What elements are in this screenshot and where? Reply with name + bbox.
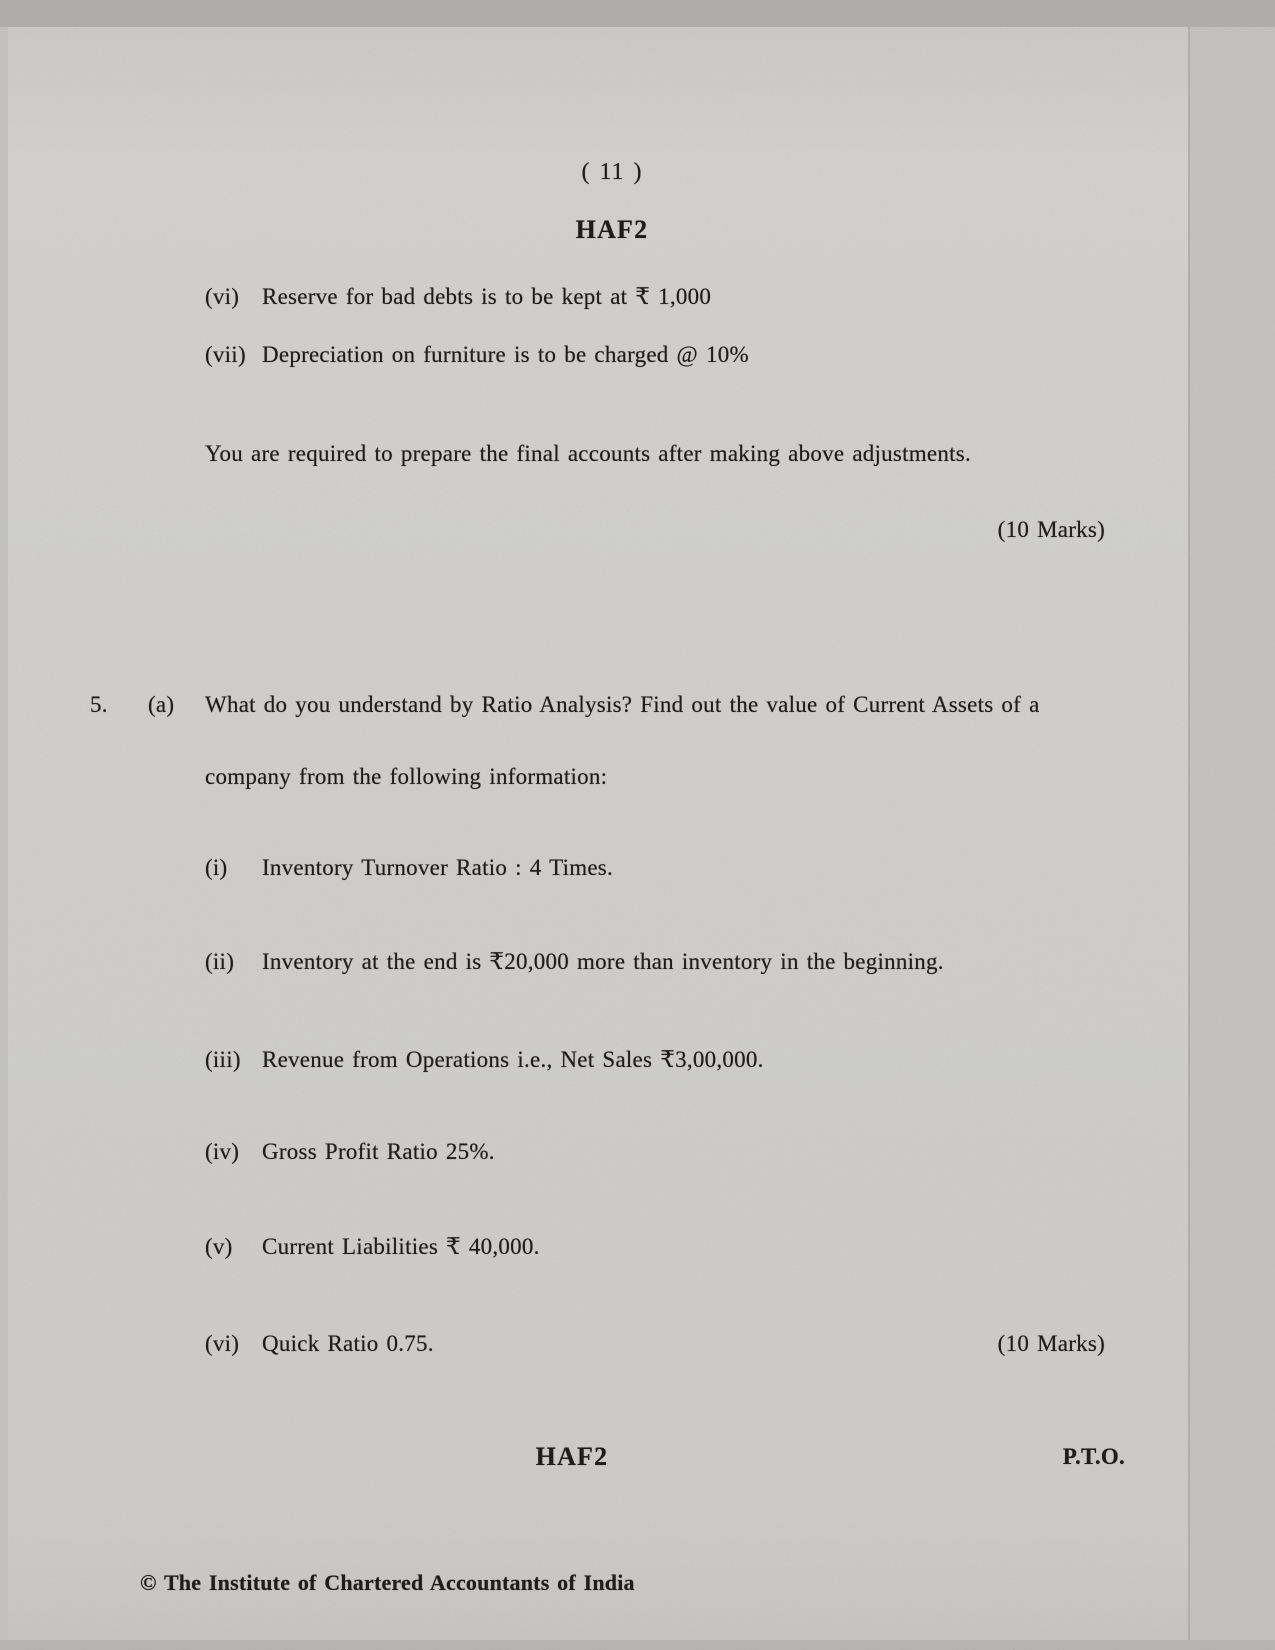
scanner-edge-bottom (0, 1640, 1275, 1650)
item-label: (vi) (205, 283, 262, 311)
question-prompt-line1: What do you understand by Ratio Analysis… (205, 691, 1040, 719)
item-text: Reserve for bad debts is to be kept at ₹… (262, 283, 711, 311)
item-text: Gross Profit Ratio 25%. (262, 1138, 495, 1166)
marks-label: (10 Marks) (998, 516, 1105, 544)
item-text: Inventory Turnover Ratio : 4 Times. (262, 854, 613, 882)
item-text: Current Liabilities ₹ 40,000. (262, 1233, 540, 1261)
info-item: (i) Inventory Turnover Ratio : 4 Times. (205, 854, 613, 882)
question-part: (a) (148, 691, 174, 719)
item-label: (ii) (205, 948, 262, 976)
item-label: (iii) (205, 1046, 262, 1074)
question-prompt-line2: company from the following information: (205, 763, 607, 791)
item-label: (i) (205, 854, 262, 882)
paper-code-header: HAF2 (576, 214, 649, 245)
paper-code-footer: HAF2 (536, 1441, 609, 1472)
question-number: 5. (90, 691, 108, 719)
item-label: (vi) (205, 1330, 262, 1358)
info-item: (iv) Gross Profit Ratio 25%. (205, 1138, 495, 1166)
info-item: (v) Current Liabilities ₹ 40,000. (205, 1233, 540, 1261)
marks-label: (10 Marks) (998, 1330, 1105, 1358)
adjustment-item: (vi) Reserve for bad debts is to be kept… (205, 283, 711, 311)
item-text: Inventory at the end is ₹20,000 more tha… (262, 948, 944, 976)
item-label: (iv) (205, 1138, 262, 1166)
info-item: (ii) Inventory at the end is ₹20,000 mor… (205, 948, 944, 976)
info-item: (iii) Revenue from Operations i.e., Net … (205, 1046, 764, 1074)
item-label: (v) (205, 1233, 262, 1261)
item-text: Quick Ratio 0.75. (262, 1330, 434, 1358)
item-text: Depreciation on furniture is to be charg… (262, 341, 749, 369)
instruction-text: You are required to prepare the final ac… (205, 440, 971, 468)
item-text: Revenue from Operations i.e., Net Sales … (262, 1046, 764, 1074)
adjustment-item: (vii) Depreciation on furniture is to be… (205, 341, 749, 369)
item-label: (vii) (205, 341, 262, 369)
scanned-exam-page: ( 11 ) HAF2 (vi) Reserve for bad debts i… (0, 0, 1275, 1650)
scanner-edge-top (0, 0, 1275, 27)
copyright-notice: © The Institute of Chartered Accountants… (140, 1570, 635, 1596)
info-item: (vi) Quick Ratio 0.75. (205, 1330, 434, 1358)
page-number: ( 11 ) (581, 158, 642, 187)
page-paper (8, 27, 1190, 1640)
pto-label: P.T.O. (1063, 1443, 1125, 1471)
